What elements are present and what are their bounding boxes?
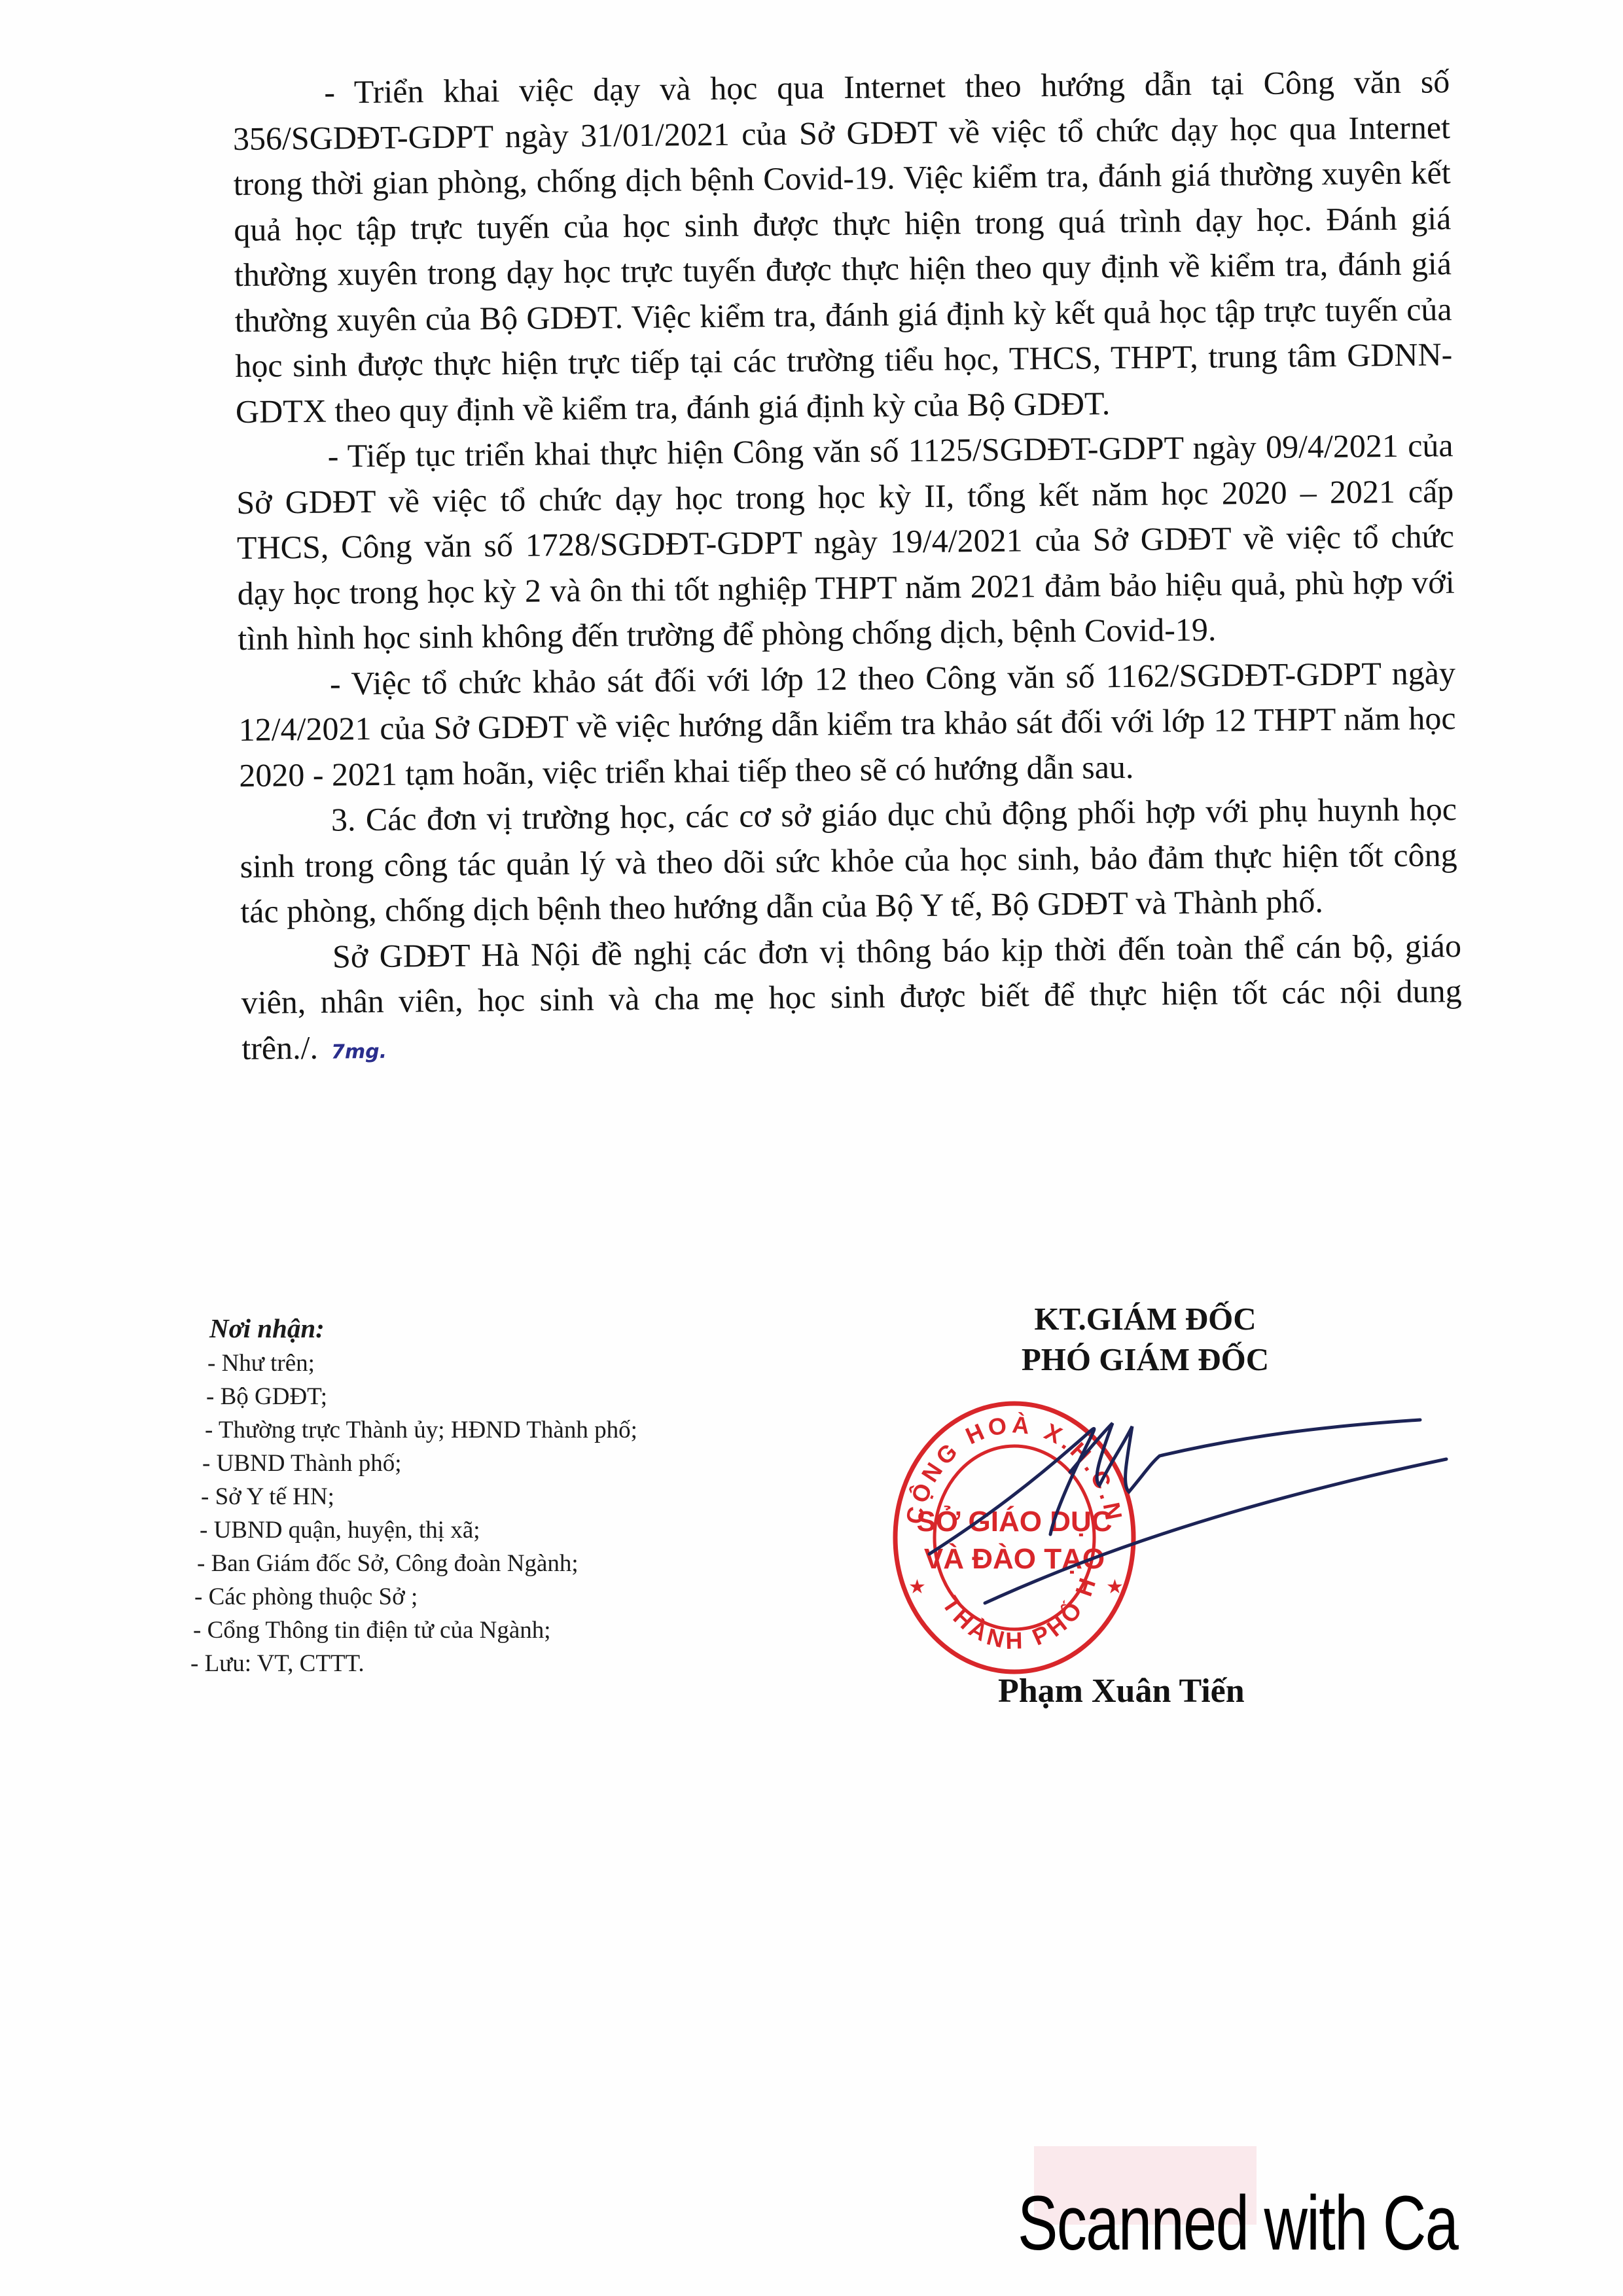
recipient-item: - Ban Giám đốc Sở, Công đoàn Ngành;: [197, 1547, 637, 1580]
paragraph-online-teaching: - Triển khai việc dạy và học qua Interne…: [232, 59, 1453, 434]
recipient-item: - Cổng Thông tin điện tử của Ngành;: [193, 1614, 637, 1647]
recipient-item: - UBND quận, huyện, thị xã;: [200, 1513, 637, 1547]
recipients-heading: Nơi nhận:: [209, 1312, 637, 1345]
paragraph-closing: Sở GDĐT Hà Nội đề nghị các đơn vị thông …: [241, 923, 1463, 1076]
paragraph-grade12-survey: - Việc tổ chức khảo sát đối với lớp 12 t…: [238, 650, 1457, 798]
recipient-item: - Sở Y tế HN;: [201, 1480, 637, 1513]
closing-text: Sở GDĐT Hà Nội đề nghị các đơn vị thông …: [241, 927, 1461, 1067]
recipient-item: - Lưu: VT, CTTT.: [190, 1647, 637, 1680]
handwritten-initials: 7mg.: [331, 1040, 387, 1063]
signer-title-line1: KT.GIÁM ĐỐC: [916, 1299, 1374, 1339]
recipient-item: - Các phòng thuộc Sở ;: [194, 1580, 637, 1614]
recipient-item: - Bộ GDĐT;: [206, 1380, 637, 1413]
signer-title-line2: PHÓ GIÁM ĐỐC: [916, 1339, 1374, 1380]
recipient-item: - Thường trực Thành ủy; HĐND Thành phố;: [205, 1413, 637, 1447]
signer-name: Phạm Xuân Tiến: [998, 1672, 1245, 1710]
paragraph-item-3: 3. Các đơn vị trường học, các cơ sở giáo…: [240, 786, 1458, 934]
handwritten-signature-icon: [903, 1394, 1492, 1669]
paragraph-continue-implementation: - Tiếp tục triển khai thực hiện Công văn…: [236, 423, 1455, 662]
document-body: - Triển khai việc dạy và học qua Interne…: [232, 59, 1459, 1076]
recipients-list: Nơi nhận: - Như trên; - Bộ GDĐT; - Thườn…: [187, 1312, 637, 1680]
scanner-watermark: Scanned with Ca: [1018, 2179, 1457, 2268]
signer-title: KT.GIÁM ĐỐC PHÓ GIÁM ĐỐC: [916, 1299, 1374, 1380]
recipient-item: - UBND Thành phố;: [202, 1447, 637, 1480]
recipient-item: - Như trên;: [207, 1347, 637, 1380]
scanned-document-page: - Triển khai việc dạy và học qua Interne…: [0, 0, 1623, 2296]
